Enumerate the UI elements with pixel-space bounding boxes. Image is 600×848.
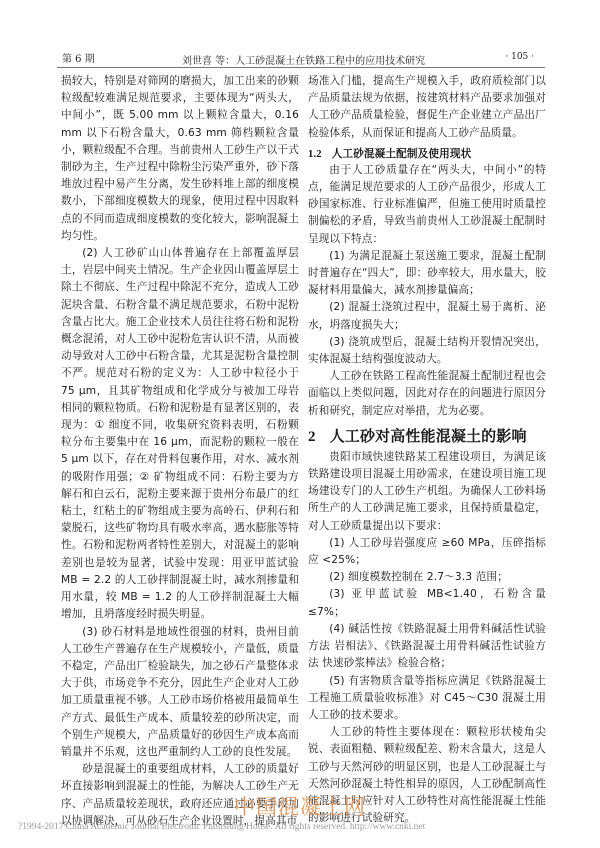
list-item: (5) 有害物质含量等指标应满足《铁路混凝土工程施工质量验收标准》对 C45～C…	[308, 673, 546, 725]
running-header: 第 6 期 刘世喜 等：人工砂混凝土在铁路工程中的应用技术研究 · 105 ·	[62, 50, 540, 66]
copyright-notice: ?1994-2017 China Academic Journal Electr…	[18, 822, 598, 832]
section-heading-1-2: 1.2人工砂混凝土配制及使用现状	[308, 147, 546, 162]
list-item: (4) 碱活性按《铁路混凝土用骨料碱活性试验方法 岩相法》、《铁路混凝土用骨料碱…	[308, 621, 546, 673]
issue-label: 第 6 期	[62, 50, 95, 65]
paragraph: 损较大，特别是对筛网的磨损大，加工出来的砂颗粒级配较难满足规范要求，主要体现为“…	[61, 73, 299, 245]
list-item: (1) 为满足混凝土泵送施工要求，混凝土配制时普遍存在“四大”，即：砂率较大，用…	[308, 248, 546, 300]
paragraph: 场准入门槛，提高生产规模入手，政府质检部门以产品质量法规为依据，按建筑材料产品要…	[308, 73, 546, 142]
section-title: 人工砂混凝土配制及使用现状	[332, 148, 472, 160]
running-title: 刘世喜 等：人工砂混凝土在铁路工程中的应用技术研究	[182, 52, 425, 67]
list-item: (1) 人工砂母岩强度应 ≥60 MPa，压碎指标应 <25%；	[308, 535, 546, 569]
list-item: (2) 细度模数控制在 2.7～3.3 范围；	[308, 569, 546, 586]
paragraph: 贵阳市域快速铁路某工程建设项目，为满足该铁路建设项目混凝土用砂需求，在建设项目施…	[308, 449, 546, 535]
paragraph: 人工砂在铁路工程高性能混凝土配制过程也会面临以上类似问题，因此对存在的问题进行原…	[308, 368, 546, 420]
left-column: 损较大，特别是对筛网的磨损大，加工出来的砂颗粒级配较难满足规范要求，主要体现为“…	[61, 73, 299, 830]
watermark-logo-text: 中国混凝土网	[0, 791, 600, 821]
section-title: 人工砂对高性能混凝土的影响	[330, 427, 527, 445]
section-heading-2: 2人工砂对高性能混凝土的影响	[308, 426, 546, 447]
list-item: (2) 混凝土浇筑过程中，混凝土易于离析、泌水，坍落度损失大；	[308, 299, 546, 333]
list-item: (3) 亚甲蓝试验 MB<1.40，石粉含量 ≤7%；	[308, 586, 546, 620]
section-number: 2	[308, 429, 316, 445]
list-item: (3) 浇筑成型后，混凝土结构开裂情况突出，实体混凝土结构强度波动大。	[308, 334, 546, 368]
paragraph: (2) 人工砂矿山山体普遍存在上部覆盖厚层土，岩层中间夹土情况。生产企业因山覆盖…	[61, 245, 299, 623]
section-number: 1.2	[308, 149, 322, 160]
header-divider	[57, 67, 545, 68]
page-number: · 105 ·	[505, 52, 534, 62]
right-column: 场准入门槛，提高生产规模入手，政府质检部门以产品质量法规为依据，按建筑材料产品要…	[308, 73, 546, 827]
paragraph: 由于人工砂质量存在“两头大，中间小”的特点，能满足规范要求的人工砂产品很少，形成…	[308, 162, 546, 248]
paragraph: (3) 砂石材料是地域性很强的材料，贵州目前人工砂生产普遍存在生产规模较小，产量…	[61, 624, 299, 762]
